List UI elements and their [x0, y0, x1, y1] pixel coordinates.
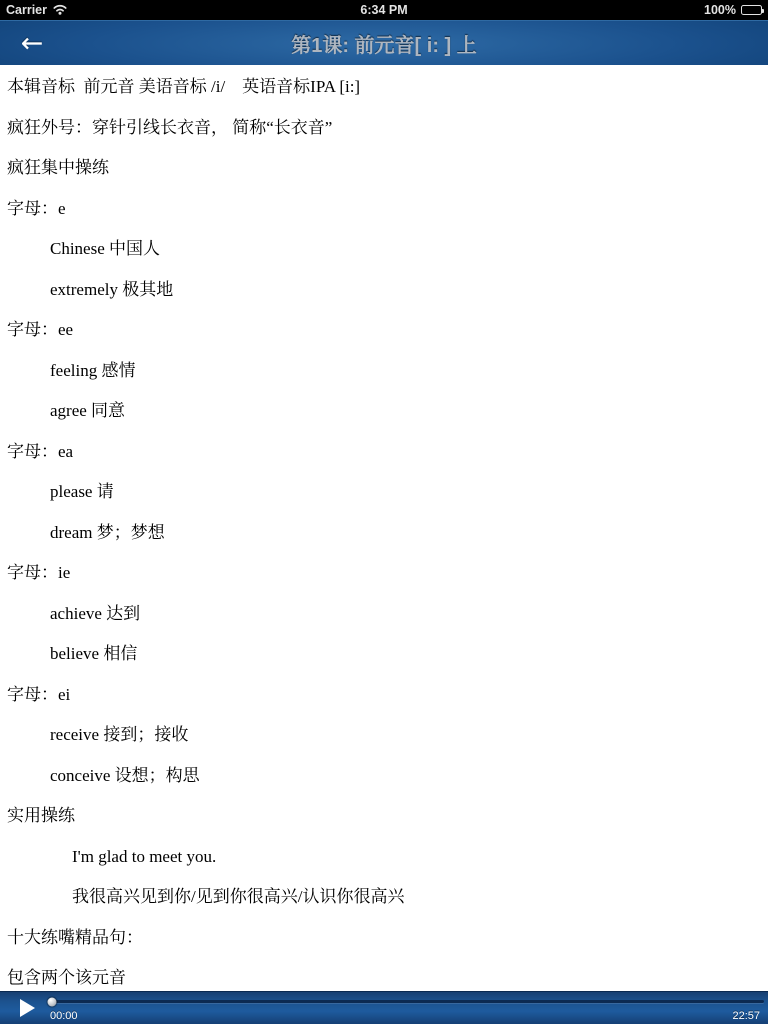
- content-line: 我很高兴见到你/见到你很高兴/认识你很高兴: [72, 888, 768, 906]
- content-line: 字母：ea: [7, 443, 768, 461]
- status-left: Carrier: [6, 3, 68, 18]
- content-line: 字母：e: [7, 200, 768, 218]
- back-arrow-icon: ←: [21, 30, 44, 57]
- content-line: 疯狂集中操练: [7, 159, 768, 177]
- content-line: 字母：ee: [7, 321, 768, 339]
- content-line: dream 梦；梦想: [50, 524, 768, 542]
- content-line: believe 相信: [50, 645, 768, 663]
- play-icon[interactable]: [20, 999, 35, 1017]
- seek-slider-thumb[interactable]: [48, 997, 57, 1006]
- content-line: 本辑音标 前元音 美语音标 /i/ 英语音标IPA [i:]: [7, 78, 768, 96]
- content-line: Chinese 中国人: [50, 240, 768, 258]
- content-line: 字母：ie: [7, 564, 768, 582]
- wifi-icon: [52, 3, 68, 18]
- content-line: I'm glad to meet you.: [72, 848, 768, 866]
- page-title: 第1课: 前元音[ i: ] 上: [60, 21, 708, 65]
- seek-slider-track[interactable]: [52, 1000, 764, 1003]
- content-line: 疯狂外号：穿针引线长衣音， 简称“长衣音”: [7, 119, 768, 137]
- content-line: agree 同意: [50, 402, 768, 420]
- content-line: 实用操练: [7, 807, 768, 825]
- content-line: extremely 极其地: [50, 281, 768, 299]
- carrier-label: Carrier: [6, 3, 47, 17]
- content-line: 包含两个该元音: [7, 969, 768, 987]
- audio-player-bar: 00:00 22:57: [0, 991, 768, 1024]
- app-screen: Carrier 6:34 PM 100% ← 第1课: 前元音[ i: ] 上 …: [0, 0, 768, 1024]
- nav-bar: ← 第1课: 前元音[ i: ] 上: [0, 20, 768, 65]
- content-line: 字母：ei: [7, 686, 768, 704]
- status-right: 100%: [704, 3, 762, 17]
- status-bar: Carrier 6:34 PM 100%: [0, 0, 768, 20]
- clock-label: 6:34 PM: [0, 3, 768, 17]
- content-line: conceive 设想；构思: [50, 767, 768, 785]
- content-line: receive 接到；接收: [50, 726, 768, 744]
- content-line: please 请: [50, 483, 768, 501]
- elapsed-time-label: 00:00: [50, 1010, 78, 1022]
- total-time-label: 22:57: [732, 1010, 760, 1022]
- back-button[interactable]: ←: [14, 23, 50, 63]
- battery-percent-label: 100%: [704, 3, 736, 17]
- content-lines: 本辑音标 前元音 美语音标 /i/ 英语音标IPA [i:]疯狂外号：穿针引线长…: [0, 65, 768, 991]
- content-line: 十大练嘴精品句：: [7, 929, 768, 947]
- content-line: achieve 达到: [50, 605, 768, 623]
- content-line: feeling 感情: [50, 362, 768, 380]
- battery-icon: [741, 5, 762, 15]
